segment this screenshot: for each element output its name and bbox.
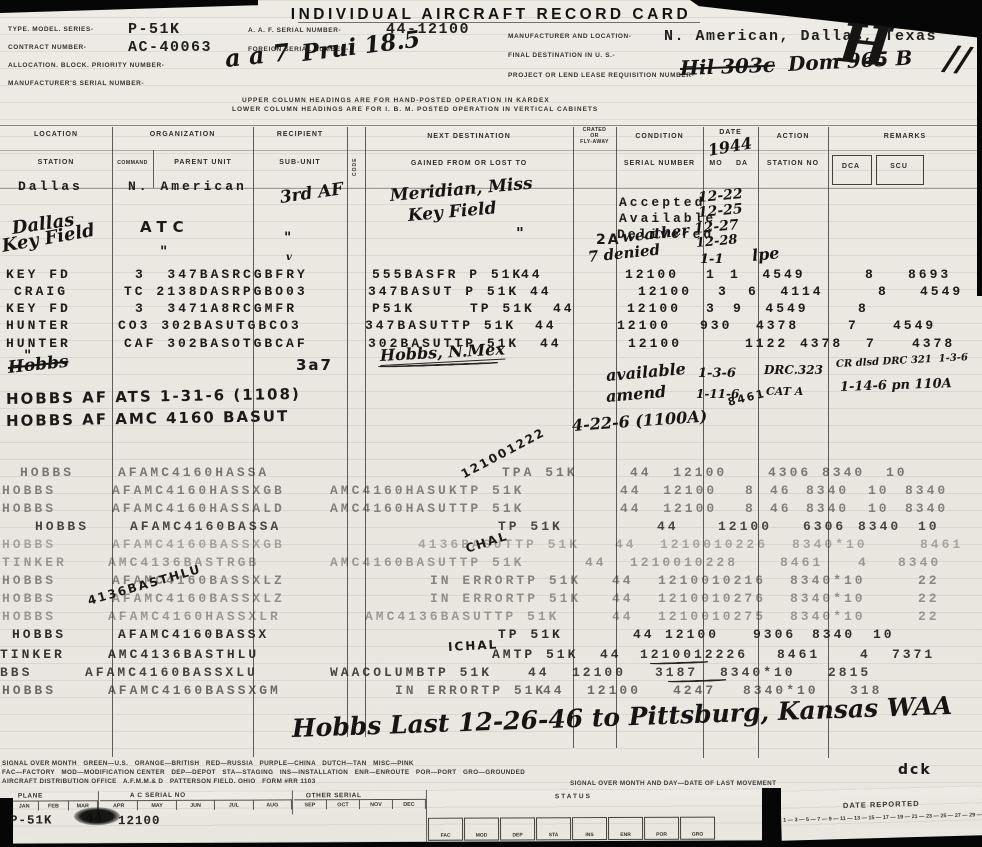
typed-cell: TC 2138DASRPGBO03 [124, 284, 308, 299]
date-reported-days: 1 — 3 — 5 — 7 — 9 — 11 — 13 — 15 — 17 — … [783, 812, 982, 824]
status-code-box: ENR [608, 817, 643, 840]
aaf-serial-label: A. A. F. SERIAL NUMBER- [248, 27, 341, 35]
col-dca: DCA [832, 163, 870, 171]
scan-gap-bar [762, 788, 781, 847]
typed-cell: HOBBS [2, 483, 56, 498]
typed-cell: 4378 [912, 336, 955, 351]
typed-cell: AFAMC4160BASSXLZ [112, 591, 285, 606]
typed-cell: 12100 [718, 519, 772, 534]
typed-cell: 3 347BASRCGBFRY [135, 267, 308, 282]
typed-cell: 7371 [892, 647, 935, 662]
typed-cell: 22 [918, 573, 940, 588]
strip-rule [292, 790, 293, 814]
typed-cell: HOBBS [2, 591, 56, 606]
typed-cell: TP 51K [470, 301, 535, 316]
scanned-record-card: INDIVIDUAL AIRCRAFT RECORD CARD TYPE. MO… [0, 0, 982, 847]
foreign-serial-label: FOREIGN SERIAL NUMBER- [248, 46, 349, 54]
col-date: DATE [703, 129, 758, 137]
typed-cell: HOBBS [2, 683, 56, 698]
typed-cell: AFAMC4160HASSXLR [108, 609, 281, 624]
typed-cell: TPA 51K [502, 465, 578, 480]
typed-cell: 12100 [665, 627, 719, 642]
typed-row: DallasN. American [0, 179, 982, 195]
typed-cell: 8 [745, 501, 756, 516]
color-legend-line2: FAC—FACTORY MOD—MODIFICATION CENTER DEP—… [2, 769, 525, 776]
typed-cell: 8340 [905, 483, 948, 498]
typed-cell: 302BASUTTP 51K [368, 336, 519, 351]
month-cell: FEB [39, 800, 68, 810]
col-location: LOCATION [0, 131, 112, 139]
typed-cell: AFAMC4160HASSALD [112, 501, 285, 516]
col-condition: CONDITION [616, 133, 703, 141]
typed-row: HOBBSAFAMC4160BASSATP 51K441210063068340… [0, 519, 982, 535]
typed-row: KEY FD3 3471A8RCGMFRP51KTP 51K441210039 … [0, 301, 982, 317]
typed-cell: 12100 [587, 683, 641, 698]
typed-cell: AFAMC4160BASSXGM [108, 683, 281, 698]
title-rule [298, 22, 700, 23]
typed-cell: HOBBS [12, 627, 66, 642]
status-code-box: MOD [464, 818, 499, 841]
typed-cell: 8340*10 [743, 683, 819, 698]
kardex-note-1: UPPER COLUMN HEADINGS ARE FOR HAND-POSTE… [242, 97, 550, 105]
month-cell: NOV [360, 799, 393, 809]
typed-cell: TINKER [2, 555, 67, 570]
typed-cell: 44 [657, 519, 679, 534]
col-station-no: STATION NO [758, 160, 828, 168]
typed-cell: 44 [543, 683, 565, 698]
plane-label: PLANE [18, 792, 43, 800]
typed-cell: KEY FD [6, 267, 71, 282]
scan-edge-bottom-left [0, 798, 13, 847]
status-code-box: INS [572, 817, 607, 840]
typed-cell: AFAMC4160BASSX [118, 627, 269, 642]
typed-cell: IN ERRORTP 51K [430, 573, 581, 588]
month-cell: JAN [10, 801, 39, 811]
typed-cell: 10 [918, 519, 940, 534]
typed-cell: 4549 [893, 318, 936, 333]
typed-cell: 1210010276 [658, 591, 766, 606]
typed-cell: 4247 [673, 683, 716, 698]
typed-cell: 8693 [908, 267, 951, 282]
typed-cell: AMC4160BASUTTP 51K [330, 555, 524, 570]
status-code-box: STA [536, 817, 571, 840]
typed-cell: 3 [718, 284, 729, 299]
typed-row: CRAIGTC 2138DASRPGBO03347BASUT P 51K4412… [0, 284, 982, 300]
col-recipient: RECIPIENT [253, 131, 347, 139]
scan-edge-right [977, 36, 982, 296]
typed-row: HUNTERCAF 302BASOTGBCAF302BASUTTP 51K441… [0, 336, 982, 352]
typed-cell: 8340*10 [790, 591, 866, 606]
typed-cell: N. American [128, 179, 247, 194]
typed-cell: 930 [700, 318, 732, 333]
typed-cell: IN ERRORTP 51K [395, 683, 546, 698]
typed-cell: HOBBS [2, 501, 56, 516]
month-cell: JUN [177, 800, 215, 810]
header-rule-mid [0, 150, 982, 151]
typed-cell: 12100 [628, 336, 682, 351]
typed-cell: 10 [886, 465, 908, 480]
month-cell: SEP [294, 799, 327, 809]
typed-cell: 46 [770, 501, 792, 516]
typed-cell: BBS [0, 665, 32, 680]
typed-cell: 44 [530, 284, 552, 299]
typed-cell: 44 [528, 665, 550, 680]
typed-cell: 8461 [777, 647, 820, 662]
signal-note: SIGNAL OVER MONTH AND DAY—DATE OF LAST M… [570, 780, 776, 787]
typed-cell: 8340 [806, 483, 849, 498]
typed-cell: Available [619, 211, 716, 226]
typed-cell: HOBBS [2, 573, 56, 588]
typed-row: Accepted [0, 195, 982, 211]
typed-cell: 44 [615, 537, 637, 552]
typed-cell: AMC4136BASTHLU [108, 647, 259, 662]
typed-cell: 44 [612, 609, 634, 624]
typed-cell: 46 [770, 483, 792, 498]
typed-cell: 6306 [803, 519, 846, 534]
typed-cell: 10 [873, 627, 895, 642]
allocation-label: ALLOCATION. BLOCK. PRIORITY NUMBER- [8, 62, 165, 70]
typed-cell: 4136BASUTTP 51K [418, 537, 580, 552]
typed-cell: 318 [850, 683, 882, 698]
typed-row: HUNTERCO3 302BASUTGBCO3347BASUTTP 51K441… [0, 318, 982, 334]
typed-cell: Dallas [18, 179, 83, 194]
month-cell: MAY [138, 800, 176, 810]
typed-cell: 8 [745, 483, 756, 498]
typed-cell: 8 [858, 301, 869, 316]
col-da: DA [729, 160, 755, 168]
typed-cell: HOBBS [2, 537, 56, 552]
typed-row: BBSAFAMC4160BASSXLUWAACOLUMBTP 51K441210… [0, 665, 982, 681]
typed-cell: 7 [866, 336, 877, 351]
typed-cell: 10 [868, 483, 890, 498]
typed-cell: 4306 [768, 465, 811, 480]
typed-row: TINKERAMC4136BASTHLUAMTP 51K441210012226… [0, 647, 982, 663]
status-code-box: FAC [428, 818, 463, 841]
typed-cell: 12100 [572, 665, 626, 680]
typed-cell: 44 12100 [620, 483, 717, 498]
typed-cell: AFAMC4160BASSXLU [85, 665, 258, 680]
typed-cell: 7 [848, 318, 859, 333]
manufacturer-value: N. American, Dallas, Texas [664, 28, 937, 45]
typed-cell: 44 12100 [620, 501, 717, 516]
typed-cell: 8461 [780, 555, 823, 570]
typed-cell: Delivered [617, 227, 714, 242]
typed-cell: P51K [372, 301, 415, 316]
typed-cell: AMC4136BASTRGB [108, 555, 259, 570]
typed-cell: HOBBS [2, 609, 56, 624]
date-reported-label: DATE REPORTED [781, 797, 982, 812]
typed-cell: 2815 [828, 665, 871, 680]
typed-cell: AMC4160HASUTTP 51K [330, 501, 524, 516]
typed-cell: TINKER [0, 647, 65, 662]
typed-cell: 347BASUTTP 51K [365, 318, 516, 333]
project-lend-lease-label: PROJECT OR LEND LEASE REQUISITION NUMBER… [508, 72, 694, 80]
typed-cell: WAACOLUMBTP 51K [330, 665, 492, 680]
typed-cell: 44 [600, 647, 622, 662]
typed-cell: IN ERRORTP 51K [430, 591, 581, 606]
months-q3: SEPOCTNOVDEC [294, 799, 426, 810]
typed-cell: 44 [612, 591, 634, 606]
typed-row: HOBBSAFAMC4160HASSALDAMC4160HASUTTP 51K4… [0, 501, 982, 517]
typed-cell: Accepted [619, 195, 705, 210]
typed-cell: 44 [633, 627, 655, 642]
status-label: STATUS [555, 793, 592, 801]
months-q2: APRMAYJUNJULAUG [100, 799, 292, 810]
typed-cell: CAF 302BASOTGBCAF [124, 336, 308, 351]
typed-cell: 8340*10 [720, 665, 796, 680]
status-code-box: POR [644, 817, 679, 840]
typed-row: HOBBSAFAMC4160BASSXLZIN ERRORTP 51K44121… [0, 573, 982, 589]
typed-cell: HUNTER [6, 318, 71, 333]
aaf-serial-value: 44-12100 [386, 21, 470, 38]
color-legend-line1: SIGNAL OVER MONTH GREEN—U.S. ORANGE—BRIT… [2, 760, 414, 767]
header-rule-top [0, 125, 982, 126]
typed-cell: 22 [918, 609, 940, 624]
typed-cell: 8 [865, 267, 876, 282]
status-code-box: GRO [680, 817, 715, 840]
date-reported-strip: DATE REPORTED 1 — 3 — 5 — 7 — 9 — 11 — 1… [780, 785, 982, 841]
typed-cell: 3 [706, 301, 717, 316]
typed-cell: 10 [868, 501, 890, 516]
typed-cell: 8 [878, 284, 889, 299]
typed-cell: 44 [540, 336, 562, 351]
typed-cell: HOBBS [20, 465, 74, 480]
col-mo: MO [703, 160, 729, 168]
typed-row: Delivered [0, 227, 982, 243]
typed-cell: 22 [918, 591, 940, 606]
month-cell: AUG [254, 799, 292, 809]
typed-cell: 8340 [822, 465, 865, 480]
typed-cell: 4378 [756, 318, 799, 333]
typed-cell: 4 [860, 647, 871, 662]
typed-cell: 8340 [812, 627, 855, 642]
typed-cell: 8340*10 [790, 573, 866, 588]
typed-cell: 1210010226 [660, 537, 768, 552]
typed-cell: 1 [706, 267, 717, 282]
typed-cell: 8340 [806, 501, 849, 516]
final-destination-label: FINAL DESTINATION IN U. S.- [508, 52, 615, 60]
typed-cell: AFAMC4160BASSA [130, 519, 281, 534]
typed-cell: 8340 [858, 519, 901, 534]
typed-cell: 6 4114 [748, 284, 824, 299]
col-crated-fly-away: CRATED OR FLY-AWAY [573, 127, 616, 146]
typed-cell: 347BASUT P 51K [368, 284, 519, 299]
typed-cell: 4378 [800, 336, 843, 351]
typed-cell: 12100 [627, 301, 681, 316]
typed-cell: HUNTER [6, 336, 71, 351]
typed-cell: 8340 [898, 555, 941, 570]
typed-cell: 1210010216 [658, 573, 766, 588]
col-sub-unit: SUB-UNIT [253, 159, 347, 167]
typed-cell: 4 [858, 555, 869, 570]
card-paper: INDIVIDUAL AIRCRAFT RECORD CARD TYPE. MO… [0, 0, 982, 820]
typed-cell: HOBBS [35, 519, 89, 534]
contract-number-label: CONTRACT NUMBER- [8, 44, 87, 52]
col-gained-lost: GAINED FROM OR LOST TO [365, 160, 573, 168]
typed-cell: 3 3471A8RCGMFR [135, 301, 297, 316]
col-next-destination: NEXT DESTINATION [365, 133, 573, 141]
typed-cell: AMC4160HASUKTP 51K [330, 483, 524, 498]
typed-cell: 9 4549 [733, 301, 809, 316]
plane-value: P-51K [10, 813, 53, 827]
typed-row: KEY FD3 347BASRCGBFRY555BASFR P 51K44121… [0, 267, 982, 283]
typed-cell: 8340*10 [790, 609, 866, 624]
typed-cell: AMC4136BASUTTP 51K [365, 609, 559, 624]
strip-rule [426, 790, 427, 842]
typed-cell: 44 [535, 318, 557, 333]
typed-cell: 12100 [617, 318, 671, 333]
typed-cell: 44 [585, 555, 607, 570]
col-serial-number: SERIAL NUMBER [616, 160, 703, 168]
col-code: CODE [352, 158, 358, 176]
typed-row: TINKERAMC4136BASTRGBAMC4160BASUTTP 51K44… [0, 555, 982, 571]
col-scu: SCU [876, 163, 922, 171]
typed-cell: 1122 [745, 336, 788, 351]
month-cell: JUL [215, 800, 253, 810]
typed-cell: 12100 [638, 284, 692, 299]
typed-cell: 1210010275 [658, 609, 766, 624]
typed-cell: 3187 [655, 665, 698, 680]
typed-cell: KEY FD [6, 301, 71, 316]
kardex-note-2: LOWER COLUMN HEADINGS ARE FOR I. B. M. P… [232, 106, 598, 114]
typed-cell: TP 51K [498, 519, 563, 534]
typed-cell: AFAMC4160BASSXGB [112, 537, 285, 552]
typed-cell: CRAIG [14, 284, 68, 299]
typed-row: HOBBSAFAMC4160HASSATPA 51K44 12100430683… [0, 465, 982, 481]
typed-cell: 44 [521, 267, 543, 282]
typed-cell: CO3 302BASUTGBCO3 [118, 318, 302, 333]
ink-scribble [74, 807, 120, 825]
typed-cell: 44 [612, 573, 634, 588]
status-code-box: DEP [500, 817, 535, 840]
col-remarks: REMARKS [828, 133, 982, 141]
type-model-series-label: TYPE. MODEL. SERIES- [8, 26, 94, 34]
typed-cell: 44 12100 [630, 465, 727, 480]
manufacturer-label: MANUFACTURER AND LOCATION- [508, 33, 632, 41]
col-organization: ORGANIZATION [112, 131, 253, 139]
typed-cell: 555BASFR P 51K [372, 267, 523, 282]
col-action: ACTION [758, 133, 828, 141]
typed-row: Available [0, 211, 982, 227]
typed-cell: 1210012226 [640, 647, 748, 662]
typed-cell: AFAMC4160HASSA [118, 465, 269, 480]
col-station: STATION [0, 159, 112, 167]
serial-value: 12100 [118, 814, 161, 828]
typed-cell: 9306 [753, 627, 796, 642]
typed-cell: 12100 [625, 267, 679, 282]
contract-number-value: AC-40063 [128, 39, 212, 56]
typed-row: HOBBSAFAMC4160BASSXLZIN ERRORTP 51K44121… [0, 591, 982, 607]
typed-cell: AMTP 51K [492, 647, 578, 662]
typed-cell: 8340 [905, 501, 948, 516]
month-cell: OCT [327, 799, 360, 809]
typed-cell: 1 4549 [730, 267, 806, 282]
status-boxes: FACMODDEPSTAINSENRPORGRO [428, 817, 716, 841]
typed-row: HOBBSAFAMC4160BASSXGMIN ERRORTP 51K44121… [0, 683, 982, 699]
bottom-strip: PLANE A C SERIAL NO OTHER SERIAL STATUS … [10, 788, 762, 843]
typed-cell: 1210010228 [630, 555, 738, 570]
col-parent-unit: PARENT UNIT [153, 159, 253, 167]
typed-row: HOBBSAFAMC4160BASSXGB4136BASUTTP 51K4412… [0, 537, 982, 553]
typed-cell: 4549 [920, 284, 963, 299]
typed-row: HOBBSAFAMC4160HASSXGBAMC4160HASUKTP 51K4… [0, 483, 982, 499]
col-command: COMMAND [112, 160, 153, 166]
typed-cell: TP 51K [498, 627, 563, 642]
manufacturer-serial-label: MANUFACTURER'S SERIAL NUMBER- [8, 80, 144, 88]
typed-cell: 8461 [920, 537, 963, 552]
typed-cell: AFAMC4160HASSXGB [112, 483, 285, 498]
typed-row: HOBBSAFAMC4160BASSXTP 51K441210093068340… [0, 627, 982, 643]
typed-cell: 8340*10 [792, 537, 868, 552]
typed-cell: 44 [553, 301, 575, 316]
typed-row: HOBBSAFAMC4160HASSXLRAMC4136BASUTTP 51K4… [0, 609, 982, 625]
month-cell: DEC [393, 799, 426, 809]
typed-cell: AFAMC4160BASSXLZ [112, 573, 285, 588]
form-origin-line: AIRCRAFT DISTRIBUTION OFFICE A.F.M.M.& D… [2, 778, 316, 785]
type-model-series-value: P-51K [128, 21, 181, 38]
